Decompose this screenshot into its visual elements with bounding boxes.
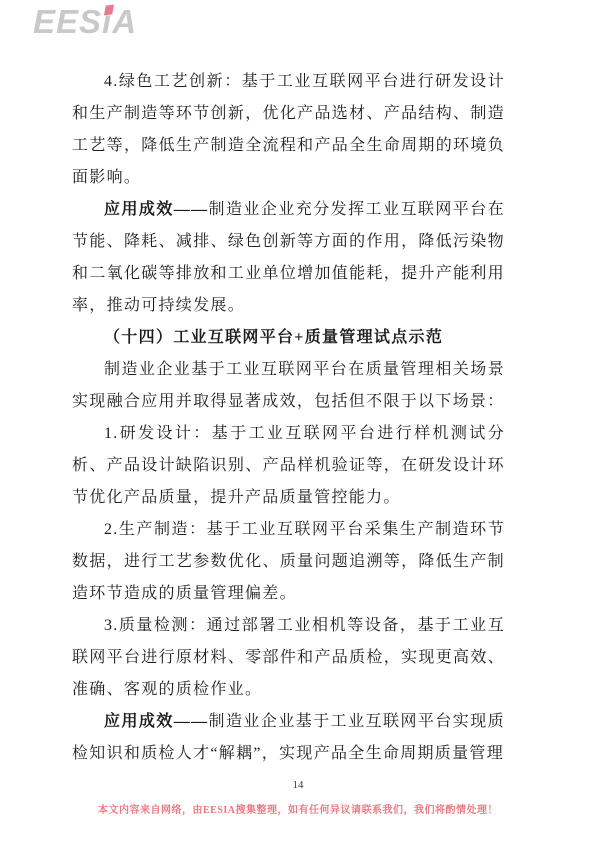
text-run: 3.质量检测：通过部署工业相机等设备，基于工业互联网平台进行原材料、零部件和产品… — [72, 617, 505, 698]
text-run: 制造业企业基于工业互联网平台在质量管理相关场景实现融合应用并取得显著成效，包括但… — [72, 361, 505, 410]
footer-notice: 本文内容来自网络，由EESIA搜集整理，如有任何异议请联系我们，我们将酌情处理！ — [0, 801, 596, 816]
document-body: 4.绿色工艺创新：基于工业互联网平台进行研发设计和生产制造等环节创新，优化产品选… — [72, 66, 505, 770]
logo-text-ees: EES — [33, 3, 102, 40]
bold-text-run: 应用成效—— — [104, 201, 208, 218]
text-run: 1.研发设计：基于工业互联网平台进行样机测试分析、产品设计缺陷识别、产品样机验证… — [72, 425, 505, 506]
bold-text-run: （十四）工业互联网平台+质量管理试点示范 — [104, 329, 443, 346]
bold-text-run: 应用成效—— — [104, 713, 208, 730]
paragraph: 制造业企业基于工业互联网平台在质量管理相关场景实现融合应用并取得显著成效，包括但… — [72, 354, 505, 418]
paragraph: 3.质量检测：通过部署工业相机等设备，基于工业互联网平台进行原材料、零部件和产品… — [72, 610, 505, 706]
paragraph: 2.生产制造：基于工业互联网平台采集生产制造环节数据，进行工艺参数优化、质量问题… — [72, 514, 505, 610]
logo-letter-i: ı — [102, 4, 112, 40]
logo-text-a: A — [112, 3, 137, 40]
text-run: 4.绿色工艺创新：基于工业互联网平台进行研发设计和生产制造等环节创新，优化产品选… — [72, 73, 505, 186]
page-number: 14 — [0, 779, 596, 791]
paragraph: 应用成效——制造业企业基于工业互联网平台实现质检知识和质检人才“解耦”，实现产品… — [72, 706, 505, 770]
text-run: 2.生产制造：基于工业互联网平台采集生产制造环节数据，进行工艺参数优化、质量问题… — [72, 521, 505, 602]
paragraph: 4.绿色工艺创新：基于工业互联网平台进行研发设计和生产制造等环节创新，优化产品选… — [72, 66, 505, 194]
paragraph: 应用成效——制造业企业充分发挥工业互联网平台在节能、降耗、减排、绿色创新等方面的… — [72, 194, 505, 322]
paragraph: 1.研发设计：基于工业互联网平台进行样机测试分析、产品设计缺陷识别、产品样机验证… — [72, 418, 505, 514]
eesia-logo: EESıA — [33, 4, 137, 40]
section-heading: （十四）工业互联网平台+质量管理试点示范 — [72, 322, 505, 354]
document-page: EESıA 4.绿色工艺创新：基于工业互联网平台进行研发设计和生产制造等环节创新… — [0, 0, 596, 842]
